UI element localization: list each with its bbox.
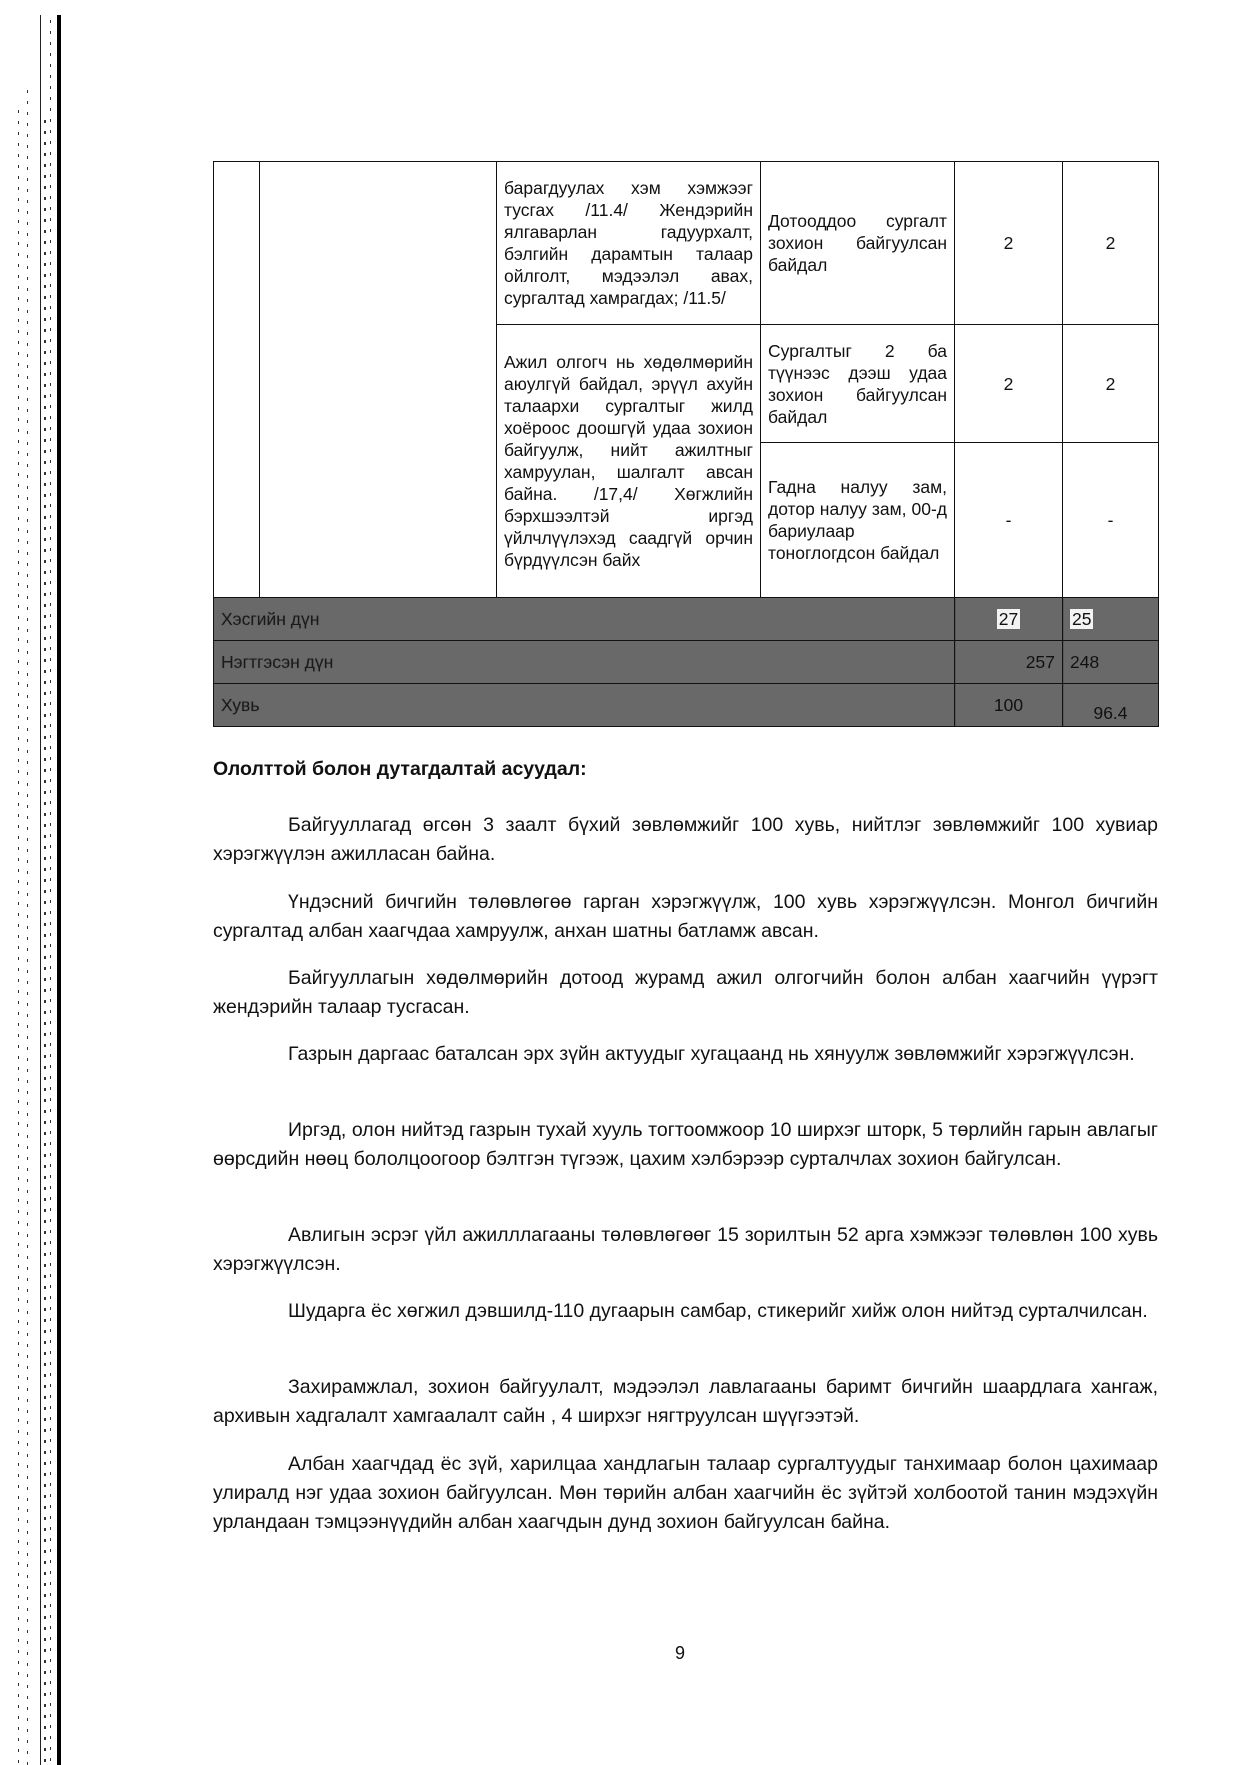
criteria-cell: барагдуулах хэм хэмжээг тусгах /11.4/ Же… — [497, 162, 761, 325]
paragraph: Иргэд, олон нийтэд газрын тухай хууль то… — [213, 1116, 1158, 1174]
evaluation-table: барагдуулах хэм хэмжээг тусгах /11.4/ Же… — [213, 161, 1158, 727]
paragraph: Үндэсний бичгийн төлөвлөгөө гарган хэрэг… — [213, 888, 1158, 946]
indicator-cell: Сургалтыг 2 ба түүнээс дээш удаа зохион … — [761, 325, 955, 443]
page-number: 9 — [0, 1643, 1250, 1664]
paragraph: Газрын даргаас баталсан эрх зүйн актууды… — [213, 1040, 1158, 1069]
paragraph: Захирамжлал, зохион байгуулалт, мэдээлэл… — [213, 1373, 1158, 1431]
scan-noise — [18, 110, 19, 1765]
indicator-cell: Гадна налуу зам, дотор налуу зам, 00-д б… — [761, 443, 955, 598]
summary-label: Нэгтгэсэн дүн — [214, 641, 955, 684]
section-heading: Ололттой болон дутагдалтай асуудал: — [213, 758, 587, 781]
summary-row-percent: Хувь 100 96.4 — [214, 684, 1159, 727]
index-cell — [214, 162, 260, 598]
category-cell — [260, 162, 497, 598]
paragraph: Байгууллагад өгсөн 3 заалт бүхий зөвлөмж… — [213, 811, 1158, 869]
summary-max: 27 — [997, 609, 1020, 629]
paragraph: Албан хаагчдад ёс зүй, харилцаа хандлагы… — [213, 1450, 1158, 1537]
summary-max: 257 — [955, 641, 1063, 684]
paragraph: Авлигын эсрэг үйл ажилллагааны төлөвлөгө… — [213, 1221, 1158, 1279]
scan-edge-line — [40, 15, 41, 1765]
summary-label: Хувь — [214, 684, 955, 727]
score-max-cell: 2 — [955, 162, 1063, 325]
score-actual-cell: - — [1063, 443, 1159, 598]
scan-noise — [27, 90, 28, 1765]
summary-label: Хэсгийн дүн — [214, 598, 955, 641]
paragraph: Шударга ёс хөгжил дэвшилд-110 дугаарын с… — [213, 1297, 1158, 1326]
score-actual-cell: 2 — [1063, 325, 1159, 443]
scan-noise — [50, 20, 51, 1765]
summary-max: 100 — [955, 684, 1063, 727]
summary-row-grand-total: Нэгтгэсэн дүн 257 248 — [214, 641, 1159, 684]
summary-actual: 25 — [1070, 609, 1093, 629]
criteria-cell: Ажил олгогч нь хөдөлмөрийн аюулгүй байда… — [497, 325, 761, 598]
paragraph: Байгууллагын хөдөлмөрийн дотоод журамд а… — [213, 964, 1158, 1022]
score-actual-cell: 2 — [1063, 162, 1159, 325]
scan-noise — [44, 120, 46, 1765]
summary-actual: 96.4 — [1063, 684, 1159, 727]
indicator-cell: Дотооддоо сургалт зохион байгуулсан байд… — [761, 162, 955, 325]
table-row: барагдуулах хэм хэмжээг тусгах /11.4/ Же… — [214, 162, 1159, 325]
summary-actual: 248 — [1063, 641, 1159, 684]
scan-edge-line — [57, 15, 61, 1765]
summary-row-section-total: Хэсгийн дүн 27 25 — [214, 598, 1159, 641]
score-max-cell: 2 — [955, 325, 1063, 443]
score-max-cell: - — [955, 443, 1063, 598]
